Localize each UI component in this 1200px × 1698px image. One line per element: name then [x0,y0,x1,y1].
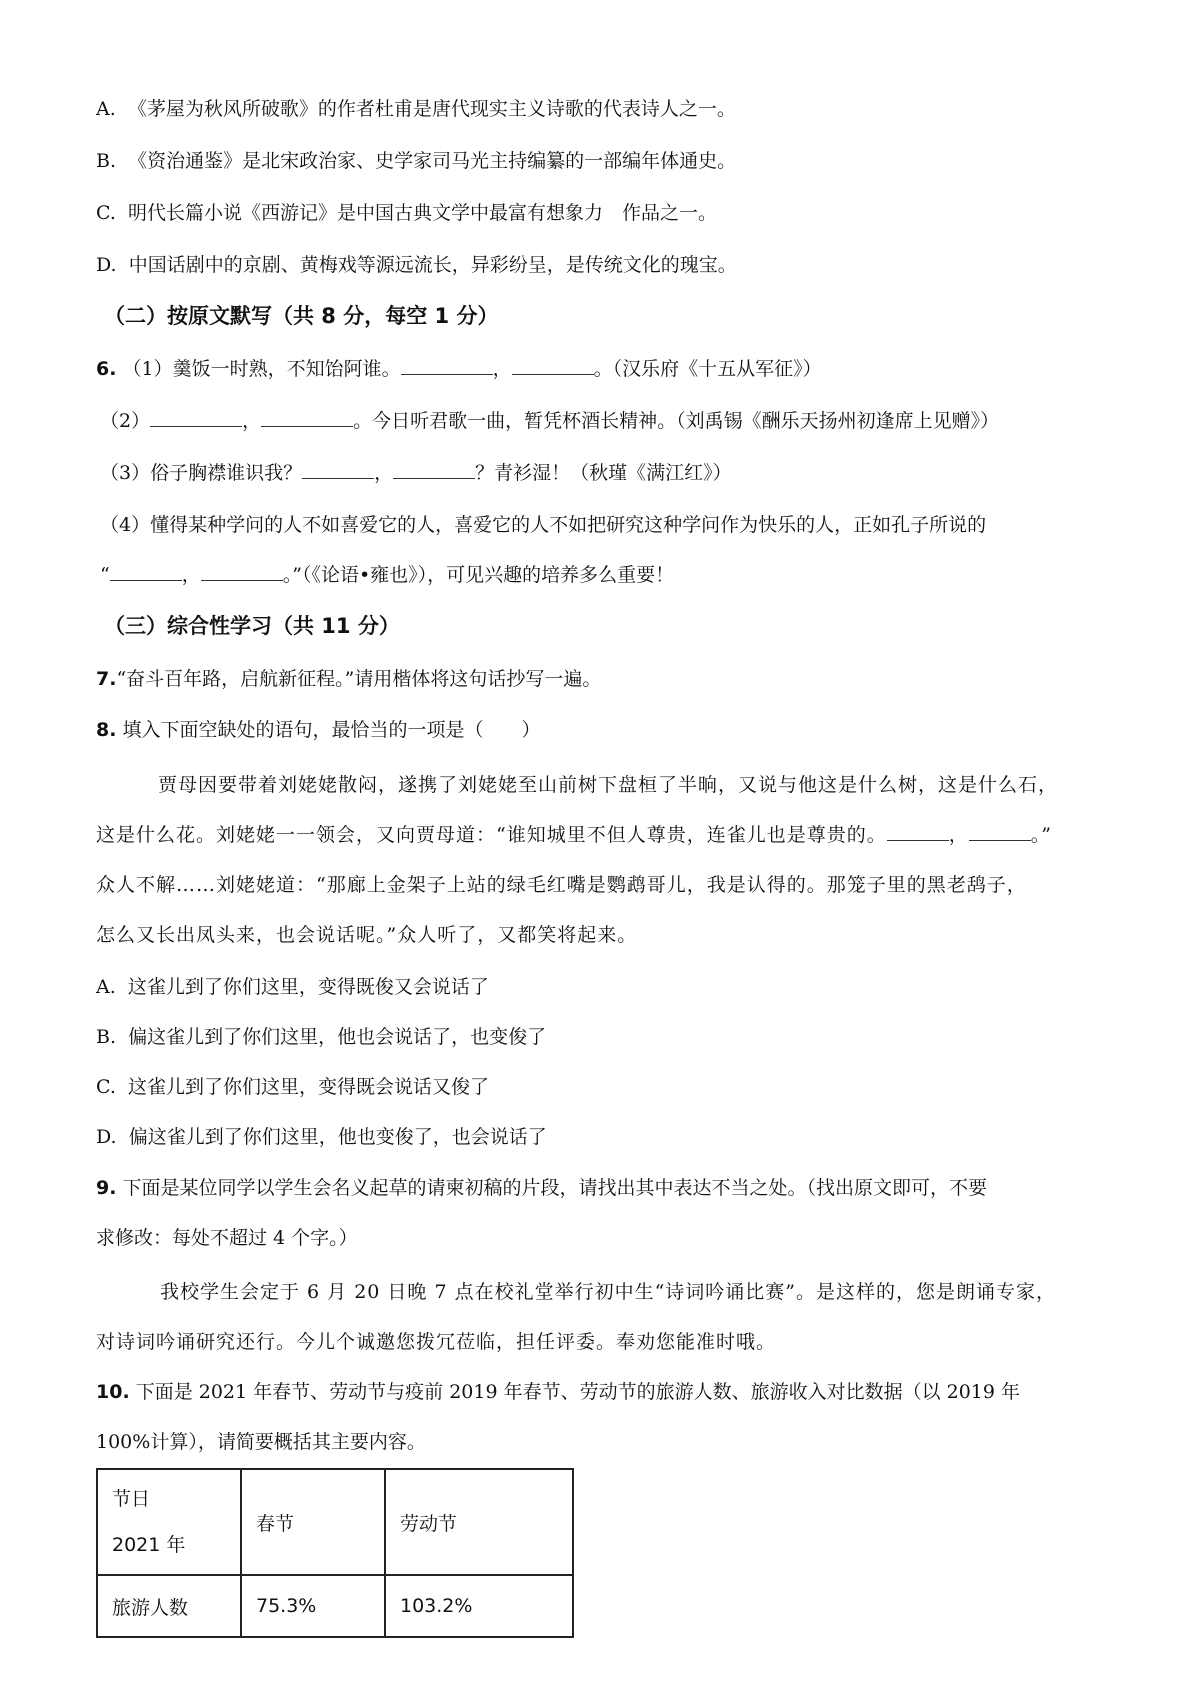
q5-option-b: B. 《资治通鉴》是北宋政治家、史学家司马光主持编纂的一部编年体通史。 [96,148,736,174]
table-corner-cell: 节日 2021 年 [97,1469,241,1575]
q6-part3: （3）俗子胸襟谁识我？，？青衫湿！（秋瑾《满江红》） [100,460,732,486]
answer-blank[interactable] [887,822,949,841]
q6-part4-line1: （4）懂得某种学问的人不如喜爱它的人，喜爱它的人不如把研究这种学问作为快乐的人，… [100,512,986,538]
row-label-tourists: 旅游人数 [97,1575,241,1637]
answer-blank[interactable] [302,460,374,479]
answer-blank[interactable] [110,562,182,581]
section-heading-comprehensive: （三）综合性学习（共 11 分） [104,613,400,639]
q8-option-d: D. 偏这雀儿到了你们这里，他也变俊了，也会说话了 [96,1124,547,1150]
q6-part4-line2: “，。”（《论语•雍也》），可见兴趣的培养多么重要！ [100,562,674,588]
q10-stem-line2: 100%计算），请简要概括其主要内容。 [96,1429,426,1455]
answer-blank[interactable] [969,822,1031,841]
q5-option-d: D. 中国话剧中的京剧、黄梅戏等源远流长，异彩纷呈，是传统文化的瑰宝。 [96,252,737,278]
q8-passage-line4: 怎么又长出凤头来，也会说话呢。”众人听了，又都笑将起来。 [96,922,637,948]
table-header-row: 节日 2021 年 春节 劳动节 [97,1469,573,1575]
answer-blank[interactable] [261,408,353,427]
q6-part2: （2），。今日听君歌一曲，暂凭杯酒长精神。（刘禹锡《酬乐天扬州初逢席上见赠》） [100,408,999,434]
answer-blank[interactable] [150,408,242,427]
q10-stem-line1: 10. 下面是 2021 年春节、劳动节与疫前 2019 年春节、劳动节的旅游人… [96,1379,1020,1405]
column-header-spring-festival: 春节 [241,1469,385,1575]
table-row: 旅游人数 75.3% 103.2% [97,1575,573,1637]
column-header-labor-day: 劳动节 [385,1469,573,1575]
answer-blank[interactable] [201,562,283,581]
q9-stem-line2: 求修改：每处不超过 4 个字。） [96,1225,358,1251]
answer-blank[interactable] [512,356,594,375]
q8-option-b: B. 偏这雀儿到了你们这里，他也会说话了，也变俊了 [96,1024,546,1050]
q5-option-a: A. 《茅屋为秋风所破歌》的作者杜甫是唐代现实主义诗歌的代表诗人之一。 [96,96,736,122]
answer-blank[interactable] [401,356,493,375]
tourism-data-table: 节日 2021 年 春节 劳动节 旅游人数 75.3% 103.2% [96,1468,574,1638]
q8-option-c: C. 这雀儿到了你们这里，变得既会说话又俊了 [96,1074,489,1100]
cell-spring-festival-value: 75.3% [241,1575,385,1637]
q8-stem: 8. 填入下面空缺处的语句，最恰当的一项是（ ） [96,717,541,743]
q7: 7.“奋斗百年路，启航新征程。”请用楷体将这句话抄写一遍。 [96,666,601,692]
q8-passage-line3: 众人不解……刘姥姥道：“那廊上金架子上站的绿毛红嘴是鹦鹉哥儿，我是认得的。那笼子… [96,872,1027,898]
q9-passage-line1: 我校学生会定于 6 月 20 日晚 7 点在校礼堂举行初中生“诗词吟诵比赛”。是… [160,1279,1056,1305]
q5-option-c: C. 明代长篇小说《西游记》是中国古典文学中最富有想象力 作品之一。 [96,200,717,226]
q9-passage-line2: 对诗词吟诵研究还行。今儿个诚邀您拨冗莅临，担任评委。奉劝您能准时哦。 [96,1329,776,1355]
q6-part1: 6. （1）羹饭一时熟，不知饴阿谁。，。（汉乐府《十五从军征》） [96,356,822,382]
answer-blank[interactable] [393,460,475,479]
q9-stem-line1: 9. 下面是某位同学以学生会名义起草的请柬初稿的片段，请找出其中表达不当之处。（… [96,1175,987,1201]
cell-labor-day-value: 103.2% [385,1575,573,1637]
q8-passage-line2: 这是什么花。刘姥姥一一领会，又向贾母道：“谁知城里不但人尊贵，连雀儿也是尊贵的。… [96,822,1052,848]
q8-option-a: A. 这雀儿到了你们这里，变得既俊又会说话了 [96,974,489,1000]
section-heading-dictation: （二）按原文默写（共 8 分，每空 1 分） [104,303,498,329]
q8-passage-line1: 贾母因要带着刘姥姥散闷，遂携了刘姥姥至山前树下盘桓了半晌，又说与他这是什么树，这… [158,772,1058,798]
